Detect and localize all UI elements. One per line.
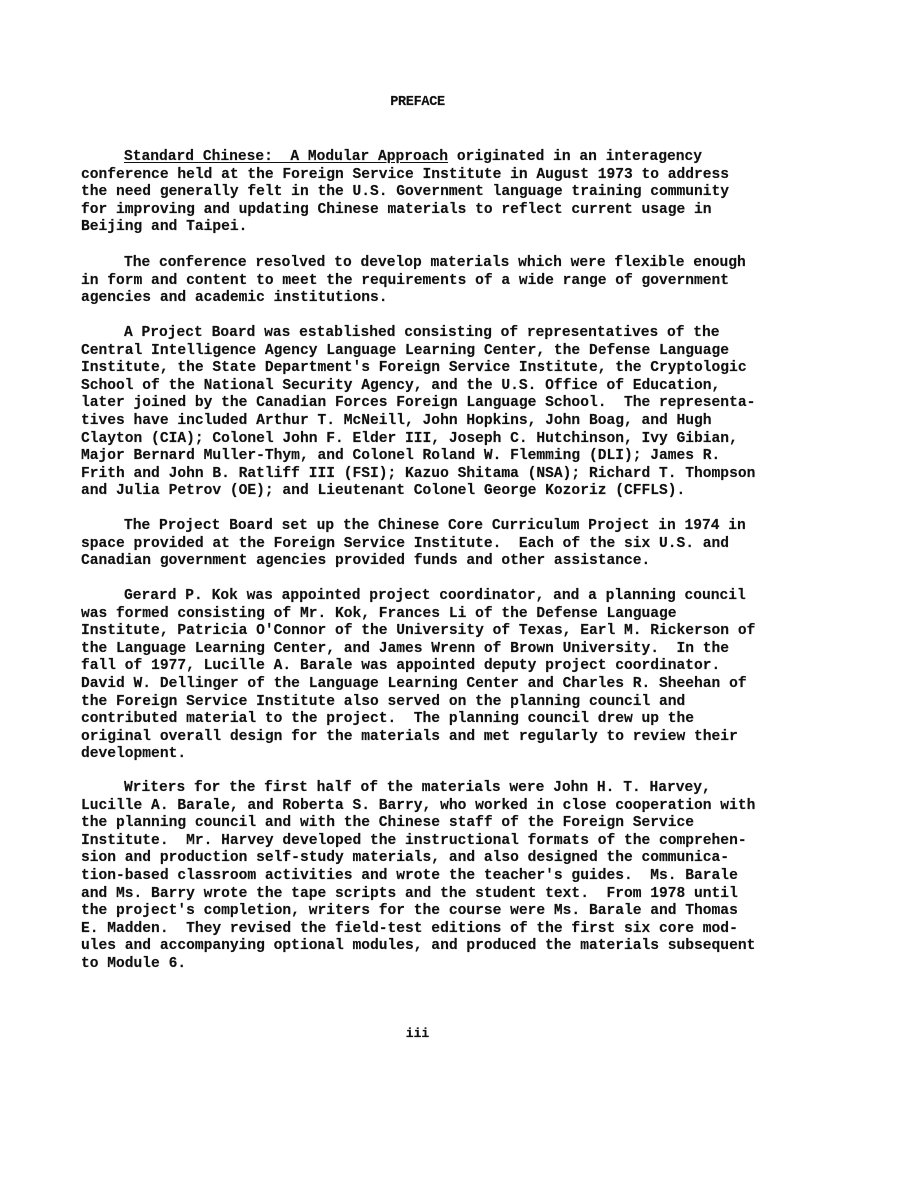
paragraph-line: tives have included Arthur T. McNeill, J… — [81, 413, 781, 431]
paragraph-line: the planning council and with the Chines… — [81, 815, 781, 833]
paragraph-line: David W. Dellinger of the Language Learn… — [81, 676, 781, 694]
paragraph-line: tion-based classroom activities and wrot… — [81, 868, 781, 886]
document-page: PREFACE Standard Chinese: A Modular Appr… — [0, 0, 915, 1188]
paragraph-line: space provided at the Foreign Service In… — [81, 536, 781, 554]
paragraph-line: Central Intelligence Agency Language Lea… — [81, 343, 781, 361]
paragraph-line: A Project Board was established consisti… — [81, 325, 781, 343]
paragraph-2: The conference resolved to develop mater… — [81, 255, 781, 308]
paragraph-line: Institute, Patricia O'Connor of the Univ… — [81, 623, 781, 641]
paragraph-line: Lucille A. Barale, and Roberta S. Barry,… — [81, 798, 781, 816]
page-title: PREFACE — [0, 95, 835, 110]
paragraph-line: Clayton (CIA); Colonel John F. Elder III… — [81, 431, 781, 449]
paragraph-line: the need generally felt in the U.S. Gove… — [81, 184, 781, 202]
paragraph-line: development. — [81, 746, 781, 764]
paragraph-line: and Julia Petrov (OE); and Lieutenant Co… — [81, 483, 781, 501]
paragraph-line: contributed material to the project. The… — [81, 711, 781, 729]
paragraph-5: Gerard P. Kok was appointed project coor… — [81, 588, 781, 764]
paragraph-6: Writers for the first half of the materi… — [81, 780, 781, 974]
paragraph-line: in form and content to meet the requirem… — [81, 273, 781, 291]
paragraph-line: the project's completion, writers for th… — [81, 903, 781, 921]
paragraph-3: A Project Board was established consisti… — [81, 325, 781, 501]
paragraph-line: Institute. Mr. Harvey developed the inst… — [81, 833, 781, 851]
paragraph-line: the Language Learning Center, and James … — [81, 641, 781, 659]
paragraph-line: later joined by the Canadian Forces Fore… — [81, 395, 781, 413]
paragraph-line: for improving and updating Chinese mater… — [81, 202, 781, 220]
paragraph-line: conference held at the Foreign Service I… — [81, 167, 781, 185]
paragraph-line: School of the National Security Agency, … — [81, 378, 781, 396]
page-number: iii — [0, 1026, 835, 1041]
paragraph-line: to Module 6. — [81, 956, 781, 974]
paragraph-line: Major Bernard Muller-Thym, and Colonel R… — [81, 448, 781, 466]
paragraph-line: Beijing and Taipei. — [81, 219, 781, 237]
paragraph-line: sion and production self-study materials… — [81, 850, 781, 868]
paragraph-line: The conference resolved to develop mater… — [81, 255, 781, 273]
paragraph-line: Frith and John B. Ratliff III (FSI); Kaz… — [81, 466, 781, 484]
book-title: Standard Chinese: A Modular Approach — [124, 149, 448, 165]
paragraph-line: fall of 1977, Lucille A. Barale was appo… — [81, 658, 781, 676]
paragraph-1: Standard Chinese: A Modular Approach ori… — [81, 149, 781, 237]
paragraph-line: Gerard P. Kok was appointed project coor… — [81, 588, 781, 606]
paragraph-line: Institute, the State Department's Foreig… — [81, 360, 781, 378]
paragraph-line: ules and accompanying optional modules, … — [81, 938, 781, 956]
paragraph-line: and Ms. Barry wrote the tape scripts and… — [81, 886, 781, 904]
paragraph-line: E. Madden. They revised the field-test e… — [81, 921, 781, 939]
paragraph-line: Standard Chinese: A Modular Approach ori… — [81, 149, 781, 167]
paragraph-4: The Project Board set up the Chinese Cor… — [81, 518, 781, 571]
paragraph-line: the Foreign Service Institute also serve… — [81, 694, 781, 712]
paragraph-line: agencies and academic institutions. — [81, 290, 781, 308]
paragraph-line: original overall design for the material… — [81, 729, 781, 747]
paragraph-line: The Project Board set up the Chinese Cor… — [81, 518, 781, 536]
paragraph-line: Writers for the first half of the materi… — [81, 780, 781, 798]
paragraph-line: was formed consisting of Mr. Kok, France… — [81, 606, 781, 624]
paragraph-line: Canadian government agencies provided fu… — [81, 553, 781, 571]
